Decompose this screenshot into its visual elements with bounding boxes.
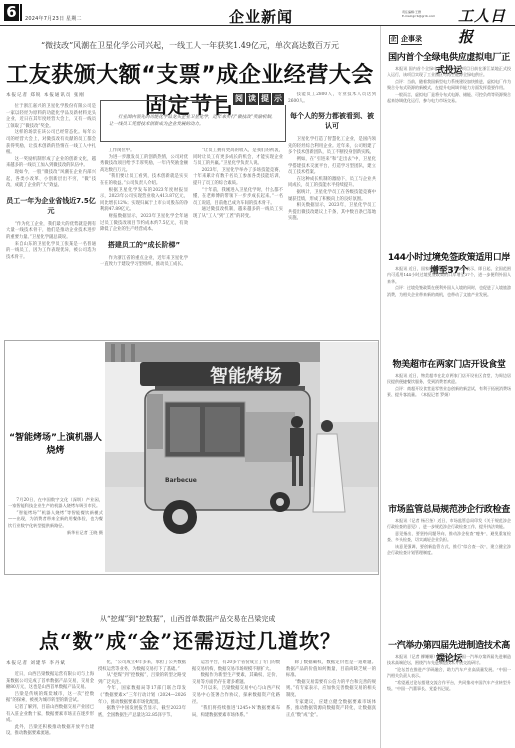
paragraph: 2023年，卫星化学举办了多场技能竞赛，十年来累计有数千名员工参加各类技能培训，… [193,168,283,188]
reading-tip-tag: 阅 读 提 示 [227,93,286,105]
paragraph: “希望通过论坛搭建交流合作平台，共同推动中国汽车产业转型升级。”中国一汽董事长、… [387,680,511,693]
paragraph: 在这种成长机制的激励下，员工与企业共同成长，员工的技能水平持续提升。 [288,177,376,190]
paragraph: 例如，在“引进来”和“走出去”中，卫星化学搭建技术交流平台，打造学习型团队，建立… [288,157,376,177]
sidebar-briefs: 企 企事录 国内首个全绿电供应虚拟电厂正式投运 本报讯 国内首个全绿电供应虚拟电… [380,26,515,748]
paragraph: 意见指出，要坚持问题导向，推动涉企检查“瘦身”，避免重复检查、多头检查，切实减轻… [387,531,511,544]
subheading: 搭建员工的“成长阶梯” [100,240,188,250]
truck-sign-text: 智能烤场 [210,365,282,387]
paragraph: 工作岗位中。 [100,148,188,155]
paragraph: 据数字中国发展报告显示，截至2023年底，全国数据生产总量达32.85泽字节。 [98,706,186,719]
page-number-bar [20,4,22,21]
caption-paragraph: 7月20日，在中国数字文化（深圳）产业园，一家智能科技企业生产的机器人烧烤车吸引… [8,497,103,510]
lead-article-column-2: 工作岗位中。 为进一步激发员工的创新热情，公司对优秀微技改项目给予丰厚奖励，一年… [100,148,188,338]
second-article-column-2: 化，“公司成立4年多来，承担了公共数据授权运营等业务，为数据交易打下了基础。” … [98,660,186,748]
paragraph: “我们将持续推进‘1245+N’数据要素布局，构建数据要素市场体系。” [192,706,280,719]
subheading: 每个人的努力都被看到、被认可 [288,111,376,131]
paragraph: 从“挖煤”到“挖数据”，吕梁的转型之路受到广泛关注。 [98,673,186,686]
brief-body: 本报讯 国内首个全绿电供应虚拟电厂项目日前在浙江某地正式投入运行，该项目实现了工… [387,66,511,246]
paragraph: 作为浙江省的重点企业，近年来卫星化学一直致力于建设学习型组织，推动员工成长。 [100,256,188,269]
paragraph: 技能员工2800人，专业技术人员达到2600人。 [288,92,376,105]
brief-body: 本报讯 近日，物美超市在北京两家门店开设社区食堂，为周边居民提供便捷餐饮服务，受… [387,373,511,493]
brief-headline: 市场监管总局规范涉企行政检查 [385,502,513,515]
paragraph: “论坛旨在推进产学研融合，助力汽车产业高质量发展。”中国一汽相关负责人表示。 [387,667,511,680]
photo-illustration: 智能烤场 Barbecue [105,342,378,572]
paragraph: 这样的场景在该公司已经常态化。每年公司的经营大会上，对微技改有贡献的员工都会获得… [6,130,96,156]
section-title: 企业新闻 [229,6,293,27]
paragraph: 化，“公司成立4年多来，承担了公共数据授权运营等业务，为数据交易打下了基础。” [98,660,186,673]
paragraph: 记者了解到，目前山西数据交易产业园已有入驻企业数十家，数据要素市场正在逐步形成。 [6,705,94,725]
paragraph: 点评：商超开设食堂是零售业态创新的新尝试，有利于拓展消费场景、提升客流量。（本报… [387,386,511,399]
masthead: 6 2024年7月23日 星期二 企业新闻 责任编辑:王群 E-mail:grr… [0,0,515,26]
paragraph: 本报讯 近日，国家移民管理局发布公告表示，即日起，全国范围内可适用144小时过境… [387,266,511,285]
paragraph: 来自山东的卫星化学员工张某是一名普通的一线员工，因为工作表现优异，被公司选为技术… [6,242,96,262]
paragraph: 财报数据显示，2023年卫星化学全年通过员工微技改项目节约成本约7.5亿元，有效… [100,214,188,234]
tag-char: 提 [259,93,271,105]
lead-article-column-3: “让员工拥有更高的收入，是我们的初衷，同时让员工有更多成长的机会，才能实现企业与… [193,148,283,338]
page-number: 6 [4,4,19,21]
caption-paragraph: “智能烤场”“机器人烧烤”等智能餐饮新模式——出现，为消费者带来全新的用餐体验，… [8,510,103,529]
lead-article-kicker: “微技改”风潮在卫星化学公司兴起，一线工人一年获奖1.49亿元，单次高达数百万元 [0,40,380,51]
tag-char: 读 [246,93,258,105]
paragraph: 通过微技改机制，越来越多的一线员工实现了从“工人”到“工匠”的转变。 [193,207,283,220]
subheading: 员工一年为企业省钱近7.5亿元 [6,196,96,216]
second-article-column-3: 运营平台，有20多个省份成立了专门的数据交易机构，数据交易市场规模不断扩大。 数… [192,660,280,748]
paragraph: 据统计，卫星化学员工在各级技能竞赛中屡获佳绩，形成了积极向上的良好氛围。 [288,190,376,203]
lead-article-column-1: 本报记者 郑锐 本报通讯员 张刚 位于浙江嘉兴的卫星化学股份有限公司是一家以轻烃… [6,92,96,337]
paragraph: 点评：当前，随着我国新型电力系统建设加快推进，虚拟电厂作为聚合分布式资源的新模式… [387,79,511,92]
paragraph: “让员工拥有更高的收入，是我们的初衷，同时让员工有更多成长的机会，才能实现企业与… [193,148,283,168]
paragraph: 点评：过境免签政策在便利外国人入境的同时，也促进了入境旅游消费，为相关企业带来新… [387,285,511,298]
paragraph: 数据作为新型生产要素，其确权、定价、交易等方面仍存在诸多难题。 [192,673,280,686]
second-article-kicker: 从“挖煤”到“挖数据”，山西首单数据产品交易在吕梁完成 [100,614,275,624]
photo-caption: 7月20日，在中国数字文化（深圳）产业园，一家智能科技企业生产的机器人烧烤车吸引… [8,497,103,536]
lead-article-column-4: 技能员工2800人，专业技术人员达到2600人。 每个人的努力都被看到、被认可 … [288,92,376,338]
tag-char: 阅 [233,93,245,105]
paragraph: 运营平台，有20多个省份成立了专门的数据交易机构，数据交易市场规模不断扩大。 [192,660,280,673]
paragraph: 此外，吕梁还积极推动数据开放平台建设，推动数据要素流通。 [6,725,94,738]
second-article-headline: 点“数”成“金”还需迈过几道坎？ [0,625,380,654]
paragraph: 相关数据显示，2023年，卫星化学员工共提出微技改建议上千条，其中数百条已落地实… [288,203,376,223]
paragraph: 7月以来，吕梁数据交易中心与山西产权交易中心签署合作协议，探索数据资产化路径。 [192,686,280,706]
brief-body: 本报讯（记者 柳姗姗）7月19日，中国一汽举办第四届先进制造技术高端论坛，围绕汽… [387,654,511,746]
truck-label-text: Barbecue [165,477,197,484]
sidebar-label-text: 企事录 [401,34,422,45]
publication-date: 2024年7月23日 星期二 [25,15,82,22]
photo-credit: 新华社记者 王晓 摄 [8,530,103,536]
editor-info: 责任编辑:王群 E-mail:grrb@grrb.com [402,10,435,18]
paragraph: “作为化工企业，我们最大的优势就是拥有大量一线技术骨干，他们是推动企业技术进步的… [6,222,96,242]
bbq-robot-truck-photo: 智能烤场 Barbecue [105,342,378,572]
byline: 本报记者 刘建华 李丹斌 [6,660,94,666]
paragraph: 本报讯（记者 杨召奎）近日，市场监管总局印发《关于规范涉企行政检查的意见》，进一… [387,518,511,531]
paragraph: 今年，国家数据局等17部门联合印发《“数据要素×”三年行动计划（2024—202… [98,686,186,706]
paragraph: 卫星化学打造了智慧化工企业，是国内领先的轻烃综合利用企业。近年来，公司组建了多个… [288,137,376,157]
paragraph: 本报讯 国内首个全绿电供应虚拟电厂项目日前在浙江某地正式投入运行，该项目实现了工… [387,66,511,79]
paragraph: 现如今，一股“微技改”风潮在企业内部兴起，各类小改革、小创新层出不穷，“微”技改… [6,170,96,190]
paragraph: 本报讯 近日，物美超市在北京两家门店开设社区食堂，为周边居民提供便捷餐饮服务，受… [387,373,511,386]
paragraph: 位于浙江嘉兴的卫星化学股份有限公司是一家以轻烃为原料的功能化学品及新材料龙头企业… [6,104,96,130]
second-article-column-1: 本报记者 刘建华 李丹斌 近日，山西吕梁数据运营有限公司与上海某数据公司完成了首… [6,660,94,748]
byline: 本报记者 郑锐 本报通讯员 张刚 [6,92,96,98]
reading-tip-box: 阅 读 提 示 行业国内领先的功能化学品龙头企业卫星化学，近年来实行“微技改”奖… [100,100,286,142]
reading-tip-text: 行业国内领先的功能化学品龙头企业卫星化学，近年来实行“微技改”奖励机制，让一线员… [109,115,279,128]
brief-body: 本报讯（记者 杨召奎）近日，市场监管总局印发《关于规范涉企行政检查的意见》，进一… [387,518,511,630]
paragraph: 吕梁是传统的煤炭城市，这一次“挖数据”的探索，被视为城市转型的新尝试。 [6,692,94,705]
photo-title: “智能烤场”上演机器人烧烤 [8,430,103,456]
paragraph: “我们要让员工看到，技术创新就是实实在在的收益。”公司负责人介绍。 [100,174,188,187]
brief-body: 本报讯 近日，国家移民管理局发布公告表示，即日起，全国范围内可适用144小时过境… [387,266,511,348]
second-article-column-4: 除了数据确权，数据定价也是一道难题。数据产品的价值如何衡量，目前尚缺乏统一的标准… [286,660,376,748]
brief-headline: 物美超市在两家门店开设食堂 [385,357,513,370]
paragraph: 该意见强调，要创新监管方式，推行“综合查一次”，建立健全涉企行政检查计划管理制度… [387,544,511,557]
sidebar-label: 企 企事录 [389,34,422,45]
section-badge-icon: 企 [389,35,398,44]
paragraph: “十年前，我刚进入卫星化学时，什么都不懂，在老师傅的带领下一步步成长起来。”一名… [193,188,283,208]
paragraph: 一般而言，虚拟电厂是将分布式电源、储能、可控负荷等资源聚合起来协调优化运行，参与… [387,92,511,105]
paragraph: 除了数据确权，数据定价也是一道难题。数据产品的价值如何衡量，目前尚缺乏统一的标准… [286,660,376,680]
paragraph: 本报讯（记者 柳姗姗）7月19日，中国一汽举办第四届先进制造技术高端论坛，围绕汽… [387,654,511,667]
paragraph: 这一奖励机制形成了企业的创新文化，越来越多的一线员工加入到微技改的队伍中。 [6,157,96,170]
paragraph: “数据交易需要有公信力的平台和完善的规则。”有专家表示，应加快完善数据交易的相关… [286,680,376,700]
paragraph: 专家建议，应建立健全数据要素市场体系，推动数据资源向数据资产转化，让数据真正点“… [286,700,376,720]
tag-char: 示 [272,93,284,105]
paragraph: 为进一步激发员工的创新热情，公司对优秀微技改项目给予丰厚奖励，一年内奖励金额高达… [100,155,188,175]
paragraph: 近日，山西吕梁数据运营有限公司与上海某数据公司完成了首单数据产品交易，交易金额8… [6,672,94,692]
paragraph: 根据卫星化学发布的2023年度财报显示，2023年公司实现营业收入413.87亿… [100,188,188,214]
editor-email: E-mail:grrb@grrb.com [402,14,435,18]
